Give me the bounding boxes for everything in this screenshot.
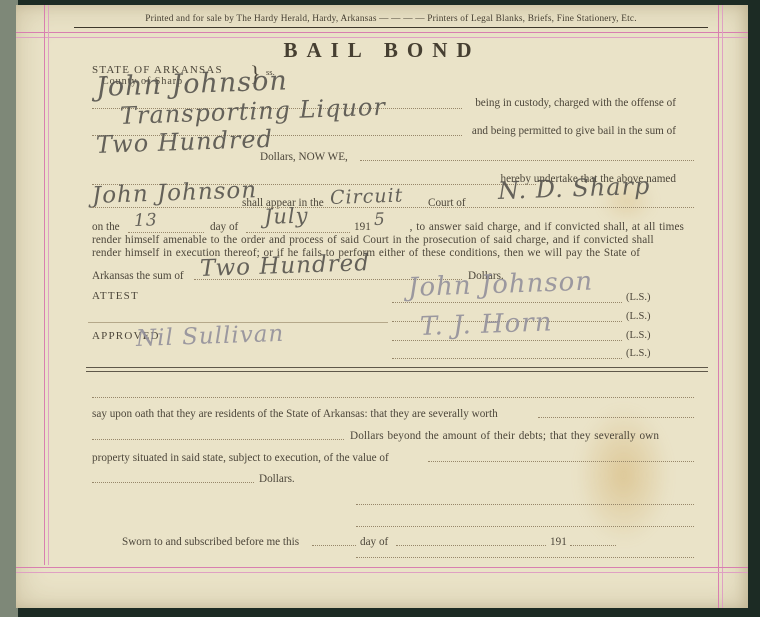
signature-line bbox=[392, 302, 622, 303]
oath-text: say upon oath that they are residents of… bbox=[92, 408, 498, 420]
blank-line bbox=[92, 207, 694, 208]
day-handwriting: 13 bbox=[134, 210, 158, 231]
document-title: BAIL BOND bbox=[16, 38, 748, 63]
blank-line bbox=[128, 232, 204, 233]
blank-line bbox=[428, 461, 694, 462]
blank-line bbox=[312, 545, 356, 546]
document-scan: Printed and for sale by The Hardy Herald… bbox=[0, 0, 760, 617]
paper-stain bbox=[576, 405, 671, 545]
blank-line bbox=[360, 160, 694, 161]
month-handwriting: July bbox=[264, 203, 309, 229]
sworn-text: Sworn to and subscribed before me this bbox=[122, 536, 299, 548]
blank-line bbox=[356, 557, 694, 558]
year-prefix-text: 191 bbox=[354, 221, 371, 233]
ls-label: (L.S.) bbox=[626, 292, 651, 303]
day-of-2-text: day of bbox=[360, 536, 388, 548]
appear-name-handwriting: John Johnson bbox=[92, 177, 258, 209]
ls-label: (L.S.) bbox=[626, 330, 651, 341]
custody-text: being in custody, charged with the offen… bbox=[475, 97, 676, 109]
property-text: property situated in said state, subject… bbox=[92, 452, 389, 464]
blank-line bbox=[356, 526, 694, 527]
ls-label: (L.S.) bbox=[626, 311, 651, 322]
printer-imprint: Printed and for sale by The Hardy Herald… bbox=[74, 14, 708, 28]
year-digit-handwriting: 5 bbox=[374, 210, 387, 230]
signature-line bbox=[392, 358, 622, 359]
attest-label: ATTEST bbox=[92, 290, 139, 302]
bail-sum-handwriting: Two Hundred bbox=[96, 125, 274, 159]
blank-line bbox=[92, 482, 254, 483]
paragraph-line-2: render himself amenable to the order and… bbox=[92, 234, 654, 246]
court-name-handwriting: N. D. Sharp bbox=[498, 172, 651, 205]
pink-rule-right bbox=[718, 5, 723, 608]
approved-by-handwriting: Nil Sullivan bbox=[136, 321, 285, 352]
blank-line bbox=[246, 232, 350, 233]
pink-rule-bottom bbox=[16, 567, 748, 573]
section-divider-rule bbox=[86, 367, 708, 372]
blank-line bbox=[92, 439, 344, 440]
debts-text: Dollars beyond the amount of their debts… bbox=[350, 430, 659, 442]
dollars-now-we-text: Dollars, NOW WE, bbox=[260, 151, 348, 163]
blank-line bbox=[356, 504, 694, 505]
signature-1-handwriting: John Johnson bbox=[407, 267, 593, 303]
pink-rule-left bbox=[44, 5, 49, 565]
on-the-text: on the bbox=[92, 221, 120, 233]
dollars-2-text: Dollars. bbox=[259, 473, 295, 485]
permitted-text: and being permitted to give bail in the … bbox=[472, 125, 676, 137]
day-of-text: day of bbox=[210, 221, 238, 233]
blank-line bbox=[570, 545, 616, 546]
penalty-sum-handwriting: Two Hundred bbox=[200, 250, 371, 282]
ls-label: (L.S.) bbox=[626, 348, 651, 359]
signature-line bbox=[392, 340, 622, 341]
arkansas-sum-text: Arkansas the sum of bbox=[92, 270, 184, 282]
bail-bond-paper: Printed and for sale by The Hardy Herald… bbox=[16, 5, 748, 608]
blank-line bbox=[396, 545, 546, 546]
blank-line bbox=[538, 417, 694, 418]
blank-line bbox=[92, 397, 694, 398]
year-2-text: 191 bbox=[550, 536, 567, 548]
answer-tail-text: , to answer said charge, and if convicte… bbox=[410, 221, 684, 233]
signature-2-handwriting: T. J. Horn bbox=[419, 307, 552, 342]
court-type-handwriting: Circuit bbox=[330, 184, 404, 209]
